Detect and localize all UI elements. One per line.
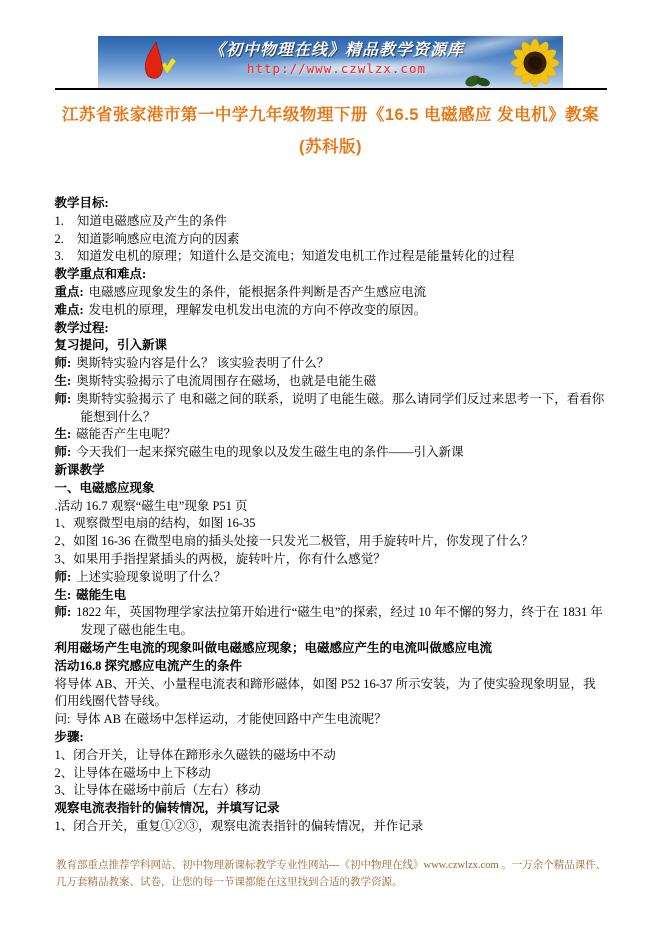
- paragraph: 师:上述实验现象说明了什么？: [55, 569, 607, 587]
- paragraph-label: 1.: [55, 214, 64, 228]
- site-logo-icon: [136, 41, 178, 88]
- paragraph-label: 师:: [55, 570, 72, 584]
- paragraph-label: 重点:: [55, 285, 84, 299]
- paragraph: 利用磁场产生电流的现象叫做电磁感应现象；电磁感应产生的电流叫做感应电流: [55, 640, 607, 658]
- paragraph: 教学目标:: [55, 195, 607, 213]
- paragraph-label: 生:: [55, 427, 72, 441]
- banner-site-url: http://www.czwlzx.com: [188, 61, 485, 77]
- document-title: 江苏省张家港市第一中学九年级物理下册《16.5 电磁感应 发电机》教案(苏科版): [55, 99, 607, 163]
- site-banner: 《初中物理在线》精品教学资源库 http://www.czwlzx.com: [98, 36, 563, 88]
- paragraph: 师:1822 年，英国物理学家法拉第开始进行“磁生电”的探索，经过 10 年不懈…: [55, 604, 607, 640]
- paragraph-label: 问:: [55, 712, 71, 726]
- paragraph: 活动16.8 探究感应电流产生的条件: [55, 658, 607, 676]
- paragraph: 复习提问，引入新课: [55, 337, 607, 355]
- banner-row: 《初中物理在线》精品教学资源库 http://www.czwlzx.com: [0, 0, 661, 88]
- paragraph-label: 师:: [55, 392, 72, 406]
- paragraph: 师:奥斯特实验内容是什么？ 该实验表明了什么？: [55, 355, 607, 373]
- paragraph: 问:导体 AB 在磁场中怎样运动，才能使回路中产生电流呢？: [55, 711, 607, 729]
- paragraph: 3、让导体在磁场中前后（左右）移动: [55, 782, 607, 800]
- paragraph: 3.知道发电机的原理；知道什么是交流电；知道发电机工作过程是能量转化的过程: [55, 248, 607, 266]
- paragraph: 生:磁能否产生电呢？: [55, 426, 607, 444]
- paragraph: 师:今天我们一起来探究磁生电的现象以及发生磁生电的条件——引入新课: [55, 444, 607, 462]
- paragraph: 2.知道影响感应电流方向的因素: [55, 231, 607, 249]
- paragraph: 新课教学: [55, 462, 607, 480]
- paragraph-label: 师:: [55, 605, 72, 619]
- paragraph: 2、让导体在磁场中上下移动: [55, 765, 607, 783]
- paragraph-label: 师:: [55, 445, 72, 459]
- paragraph: 1、闭合开关，让导体在蹄形永久磁铁的磁场中不动: [55, 747, 607, 765]
- document-body: 教学目标:1.知道电磁感应及产生的条件2.知道影响感应电流方向的因素3.知道发电…: [55, 195, 607, 836]
- paragraph: 教学过程:: [55, 320, 607, 338]
- paragraph: 2、如图 16-36 在微型电扇的插头处接一只发光二极管，用手旋转叶片，你发现了…: [55, 533, 607, 551]
- paragraph: 步骤:: [55, 729, 607, 747]
- banner-site-name: 《初中物理在线》精品教学资源库: [188, 41, 485, 61]
- paragraph: 1.知道电磁感应及产生的条件: [55, 213, 607, 231]
- paragraph: .活动 16.7 观察“磁生电”现象 P51 页: [55, 498, 607, 516]
- paragraph-label: 生:: [55, 374, 72, 388]
- paragraph: 一、电磁感应现象: [55, 480, 607, 498]
- paragraph: 重点:电磁感应现象发生的条件，能根据条件判断是否产生感应电流: [55, 284, 607, 302]
- sunflower-icon: [489, 36, 563, 88]
- paragraph: 师:奥斯特实验揭示了 电和磁之间的联系，说明了电能生磁。那么请同学们反过来思考一…: [55, 391, 607, 427]
- banner-text-block: 《初中物理在线》精品教学资源库 http://www.czwlzx.com: [188, 41, 485, 77]
- paragraph: 生:奥斯特实验揭示了电流周围存在磁场，也就是电能生磁: [55, 373, 607, 391]
- paragraph-label: 生:: [55, 588, 72, 602]
- paragraph: 1、闭合开关，重复①②③，观察电流表指针的偏转情况，并作记录: [55, 818, 607, 836]
- paragraph-label: 2.: [55, 232, 64, 246]
- divider-line: [55, 88, 607, 90]
- paragraph: 1、观察微型电扇的结构，如图 16-35: [55, 515, 607, 533]
- footer-line-1: 教育部重点推荐学科网站、初中物理新课标教学专业性网站---《初中物理在线》www…: [56, 857, 612, 874]
- paragraph: 教学重点和难点:: [55, 266, 607, 284]
- paragraph: 将导体 AB、开关、小量程电流表和蹄形磁体，如图 P52 16-37 所示安装，…: [55, 676, 607, 712]
- paragraph: 观察电流表指针的偏转情况，并填写记录: [55, 800, 607, 818]
- leaf-decoration-icon: [465, 69, 491, 88]
- page-footer: 教育部重点推荐学科网站、初中物理新课标教学专业性网站---《初中物理在线》www…: [56, 857, 612, 891]
- footer-line-2: 几万套精品教案、试卷，让您的每一节课都能在这里找到合适的教学资源。: [56, 874, 612, 891]
- paragraph: 生:磁能生电: [55, 587, 607, 605]
- paragraph: 3、如果用手指捏紧插头的两极，旋转叶片，你有什么感觉？: [55, 551, 607, 569]
- paragraph-label: 难点:: [55, 303, 84, 317]
- paragraph-label: 师:: [55, 356, 72, 370]
- document-page: 《初中物理在线》精品教学资源库 http://www.czwlzx.com: [0, 0, 661, 936]
- paragraph-label: 3.: [55, 249, 64, 263]
- paragraph: 难点:发电机的原理，理解发电机发出电流的方向不停改变的原因。: [55, 302, 607, 320]
